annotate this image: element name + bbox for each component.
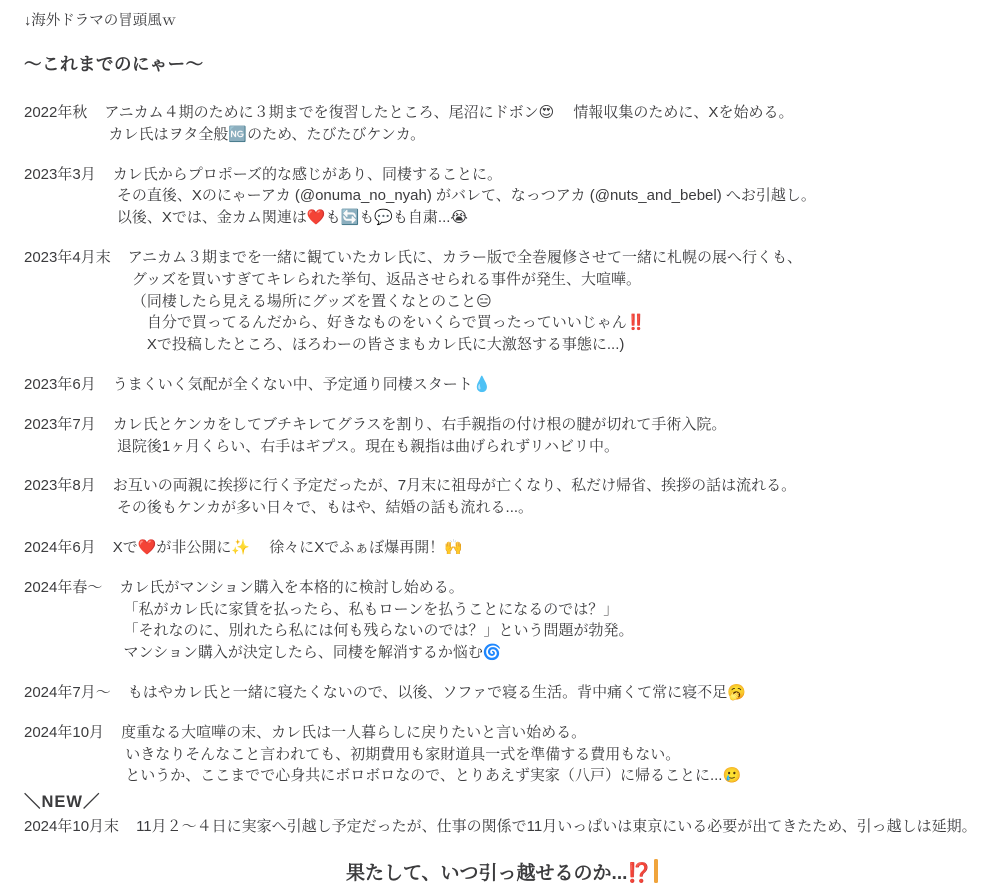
entry-line: 度重なる大喧嘩の末、カレ氏は一人暮らしに戻りたいと言い始める。 bbox=[121, 722, 741, 744]
entry-line: カレ氏がマンション購入を本格的に検討し始める。 bbox=[119, 577, 633, 599]
entry-line: アニカム３期までを一緒に観ていたカレ氏に、カラー版で全巻履修させて一緒に札幌の展… bbox=[128, 247, 802, 269]
entry-line: いきなりそんなこと言われても、初期費用も家財道具一式を準備する費用もない。 bbox=[121, 744, 741, 766]
entry-content: 度重なる大喧嘩の末、カレ氏は一人暮らしに戻りたいと言い始める。 いきなりそんなこ… bbox=[121, 722, 741, 787]
timeline-entry: 2024年10月末 11月２〜４日に実家へ引越し予定だったが、仕事の関係で11月… bbox=[24, 816, 980, 838]
timeline-entry: 2023年3月 カレ氏からプロポーズ的な感じがあり、同棲することに。 その直後、… bbox=[24, 164, 980, 229]
entry-line: （同棲したら見える場所にグッズを置くなとのこと😑 bbox=[128, 291, 802, 313]
timeline-entry: 2023年8月 お互いの両親に挨拶に行く予定だったが、7月末に祖母が亡くなり、私… bbox=[24, 475, 980, 519]
entry-content: カレ氏がマンション購入を本格的に検討し始める。 「私がカレ氏に家賃を払ったら、私… bbox=[119, 577, 633, 664]
timeline-entry: 2024年7月〜 もはやカレ氏と一緒に寝たくないので、以後、ソファで寝る生活。背… bbox=[24, 682, 980, 704]
entry-date: 2024年10月末 bbox=[24, 816, 119, 838]
timeline-entry: 2023年7月 カレ氏とケンカをしてブチキレてグラスを割り、右手親指の付け根の腱… bbox=[24, 414, 980, 458]
timeline: 2022年秋 アニカム４期のために３期までを復習したところ、尾沼にドボン😍 情報… bbox=[24, 102, 980, 838]
entry-content: うまくいく気配が全くない中、予定通り同棲スタート💧 bbox=[113, 374, 492, 396]
entry-content: もはやカレ氏と一緒に寝たくないので、以後、ソファで寝る生活。背中痛くて常に寝不足… bbox=[128, 682, 746, 704]
entry-content: カレ氏とケンカをしてブチキレてグラスを割り、右手親指の付け根の腱が切れて手術入院… bbox=[113, 414, 727, 458]
entry-date: 2024年7月〜 bbox=[24, 682, 111, 704]
page-title: 〜これまでのにゃー〜 bbox=[24, 52, 980, 76]
entry-line: うまくいく気配が全くない中、予定通り同棲スタート💧 bbox=[113, 374, 492, 396]
entry-line: その後もケンカが多い日々で、もはや、結婚の話も流れる...。 bbox=[113, 497, 796, 519]
entry-line: もはやカレ氏と一緒に寝たくないので、以後、ソファで寝る生活。背中痛くて常に寝不足… bbox=[128, 682, 746, 704]
entry-line: マンション購入が決定したら、同棲を解消するか悩む🌀 bbox=[119, 642, 633, 664]
entry-content: お互いの両親に挨拶に行く予定だったが、7月末に祖母が亡くなり、私だけ帰省、挨拶の… bbox=[113, 475, 796, 519]
timeline-entry: 2024年10月 度重なる大喧嘩の末、カレ氏は一人暮らしに戻りたいと言い始める。… bbox=[24, 722, 980, 787]
entry-date: 2023年7月 bbox=[24, 414, 96, 436]
entry-content: アニカム４期のために３期までを復習したところ、尾沼にドボン😍 情報収集のために、… bbox=[104, 102, 793, 146]
entry-line: 「私がカレ氏に家賃を払ったら、私もローンを払うことになるのでは？」 bbox=[119, 599, 633, 621]
entry-date: 2023年6月 bbox=[24, 374, 96, 396]
entry-line: 退院後1ヶ月くらい、右手はギプス。現在も親指は曲げられずリハビリ中。 bbox=[113, 436, 727, 458]
footer-question-row: 果たして、いつ引っ越せるのか...⁉️ bbox=[24, 859, 980, 888]
entry-content: アニカム３期までを一緒に観ていたカレ氏に、カラー版で全巻履修させて一緒に札幌の展… bbox=[128, 247, 802, 356]
entry-line: 11月２〜４日に実家へ引越し予定だったが、仕事の関係で11月いっぱいは東京にいる… bbox=[136, 816, 977, 838]
entry-date: 2023年3月 bbox=[24, 164, 96, 186]
new-marker: ＼NEW／ bbox=[24, 790, 980, 814]
entry-line: Xで投稿したところ、ほろわーの皆さまもカレ氏に大激怒する事態に...) bbox=[128, 334, 802, 356]
text-cursor bbox=[654, 859, 658, 883]
entry-line: お互いの両親に挨拶に行く予定だったが、7月末に祖母が亡くなり、私だけ帰省、挨拶の… bbox=[113, 475, 796, 497]
intro-line: ↓海外ドラマの冒頭風ｗ bbox=[24, 10, 980, 32]
entry-line: Xで❤️が非公開に✨ 徐々にXでふぁぼ爆再開！🙌 bbox=[113, 537, 463, 559]
entry-date: 2024年春〜 bbox=[24, 577, 102, 599]
entry-content: カレ氏からプロポーズ的な感じがあり、同棲することに。 その直後、Xのにゃーアカ … bbox=[113, 164, 816, 229]
footer-question: 果たして、いつ引っ越せるのか...⁉️ bbox=[346, 863, 651, 884]
entry-line: 「それなのに、別れたら私には何も残らないのでは？」という問題が勃発。 bbox=[119, 620, 633, 642]
note-page: ↓海外ドラマの冒頭風ｗ 〜これまでのにゃー〜 2022年秋 アニカム４期のために… bbox=[0, 0, 1000, 888]
timeline-entry: 2022年秋 アニカム４期のために３期までを復習したところ、尾沼にドボン😍 情報… bbox=[24, 102, 980, 146]
entry-date: 2022年秋 bbox=[24, 102, 87, 124]
entry-date: 2023年4月末 bbox=[24, 247, 111, 269]
timeline-entry: 2024年春〜 カレ氏がマンション購入を本格的に検討し始める。 「私がカレ氏に家… bbox=[24, 577, 980, 664]
timeline-entry: 2023年6月 うまくいく気配が全くない中、予定通り同棲スタート💧 bbox=[24, 374, 980, 396]
entry-line: その直後、Xのにゃーアカ (@onuma_no_nyah) がバレて、なっつアカ… bbox=[113, 185, 816, 207]
entry-line: カレ氏とケンカをしてブチキレてグラスを割り、右手親指の付け根の腱が切れて手術入院… bbox=[113, 414, 727, 436]
timeline-entry: 2024年6月 Xで❤️が非公開に✨ 徐々にXでふぁぼ爆再開！🙌 bbox=[24, 537, 980, 559]
timeline-entry: 2023年4月末 アニカム３期までを一緒に観ていたカレ氏に、カラー版で全巻履修さ… bbox=[24, 247, 980, 356]
entry-date: 2024年6月 bbox=[24, 537, 96, 559]
entry-date: 2024年10月 bbox=[24, 722, 104, 744]
entry-line: 以後、Xでは、金カム関連は❤️も🔄も💬も自粛...😭 bbox=[113, 207, 816, 229]
entry-date: 2023年8月 bbox=[24, 475, 96, 497]
entry-line: カレ氏からプロポーズ的な感じがあり、同棲することに。 bbox=[113, 164, 816, 186]
entry-line: というか、ここまでで心身共にボロボロなので、とりあえず実家（八戸）に帰ることに.… bbox=[121, 765, 741, 787]
entry-content: Xで❤️が非公開に✨ 徐々にXでふぁぼ爆再開！🙌 bbox=[113, 537, 463, 559]
entry-line: カレ氏はヲタ全般🆖のため、たびたびケンカ。 bbox=[104, 124, 793, 146]
entry-content: 11月２〜４日に実家へ引越し予定だったが、仕事の関係で11月いっぱいは東京にいる… bbox=[136, 816, 977, 838]
entry-line: グッズを買いすぎてキレられた挙句、返品させられる事件が発生、大喧嘩。 bbox=[128, 269, 802, 291]
entry-line: アニカム４期のために３期までを復習したところ、尾沼にドボン😍 情報収集のために、… bbox=[104, 102, 793, 124]
entry-line: 自分で買ってるんだから、好きなものをいくらで買ったっていいじゃん‼️ bbox=[128, 312, 802, 334]
